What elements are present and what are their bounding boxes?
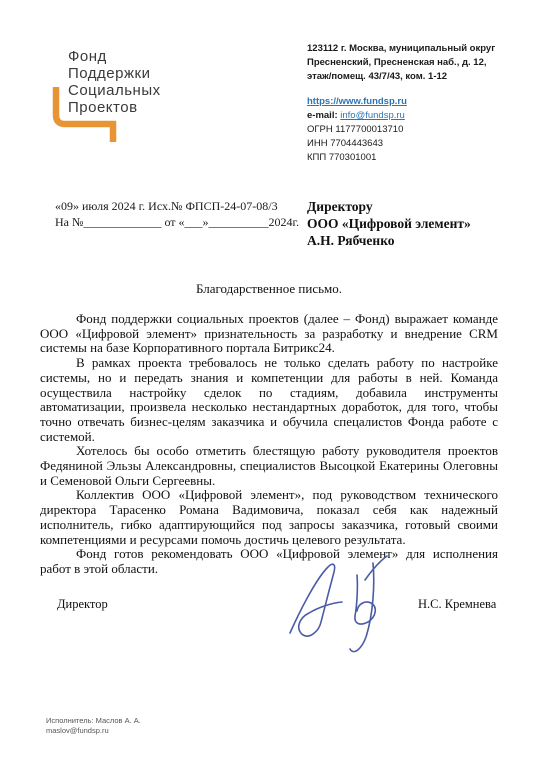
signer-name: Н.С. Кремнева bbox=[418, 597, 496, 612]
signer-role: Директор bbox=[57, 597, 108, 612]
reference-block: «09» июля 2024 г. Исх.№ ФПСП-24-07-08/3 … bbox=[55, 198, 299, 230]
logo-line: Поддержки bbox=[68, 65, 161, 82]
letter-paragraph: Коллектив ООО «Цифровой элемент», под ру… bbox=[40, 488, 498, 547]
ogrn-value: ОГРН 1177700013710 bbox=[307, 123, 517, 137]
org-logo: Фонд Поддержки Социальных Проектов bbox=[68, 48, 161, 116]
address-line: 123112 г. Москва, муниципальный округ bbox=[307, 42, 517, 56]
letter-page: Фонд Поддержки Социальных Проектов 12311… bbox=[0, 0, 538, 761]
letter-paragraph: В рамках проекта требовалось не только с… bbox=[40, 356, 498, 444]
letter-body: Благодарственное письмо. Фонд поддержки … bbox=[40, 281, 498, 577]
kpp-value: КПП 770301001 bbox=[307, 151, 517, 165]
address-line: этаж/помещ. 43/7/43, ком. 1-12 bbox=[307, 70, 517, 84]
letter-paragraph: Хотелось бы особо отметить блестящую раб… bbox=[40, 444, 498, 488]
letter-paragraph: Фонд готов рекомендовать ООО «Цифровой э… bbox=[40, 547, 498, 576]
logo-line: Проектов bbox=[68, 99, 161, 116]
recipient-company: ООО «Цифровой элемент» bbox=[307, 215, 471, 232]
address-line: Пресненский, Пресненская наб., д. 12, bbox=[307, 56, 517, 70]
letter-title: Благодарственное письмо. bbox=[40, 281, 498, 297]
recipient-title: Директору bbox=[307, 198, 471, 215]
recipient-person: А.Н. Рябченко bbox=[307, 232, 471, 249]
letter-paragraph: Фонд поддержки социальных проектов (дале… bbox=[40, 312, 498, 356]
email-link[interactable]: info@fundsp.ru bbox=[340, 110, 405, 121]
email-label: e-mail: bbox=[307, 110, 340, 121]
logo-line: Фонд bbox=[68, 48, 161, 65]
signature-scribble bbox=[278, 553, 396, 661]
executor-line: Исполнитель: Маслов А. А. bbox=[46, 716, 141, 726]
website-link[interactable]: https://www.fundsp.ru bbox=[307, 96, 407, 107]
contacts-block: 123112 г. Москва, муниципальный округ Пр… bbox=[307, 42, 517, 165]
outgoing-number-line: «09» июля 2024 г. Исх.№ ФПСП-24-07-08/3 bbox=[55, 198, 299, 214]
executor-email: maslov@fundsp.ru bbox=[46, 726, 141, 736]
recipient-block: Директору ООО «Цифровой элемент» А.Н. Ря… bbox=[307, 198, 471, 249]
inn-value: ИНН 7704443643 bbox=[307, 137, 517, 151]
logo-line: Социальных bbox=[68, 82, 161, 99]
spacer bbox=[307, 84, 517, 95]
executor-block: Исполнитель: Маслов А. А. maslov@fundsp.… bbox=[46, 716, 141, 736]
incoming-number-line: На №_____________ от «___»__________2024… bbox=[55, 214, 299, 230]
